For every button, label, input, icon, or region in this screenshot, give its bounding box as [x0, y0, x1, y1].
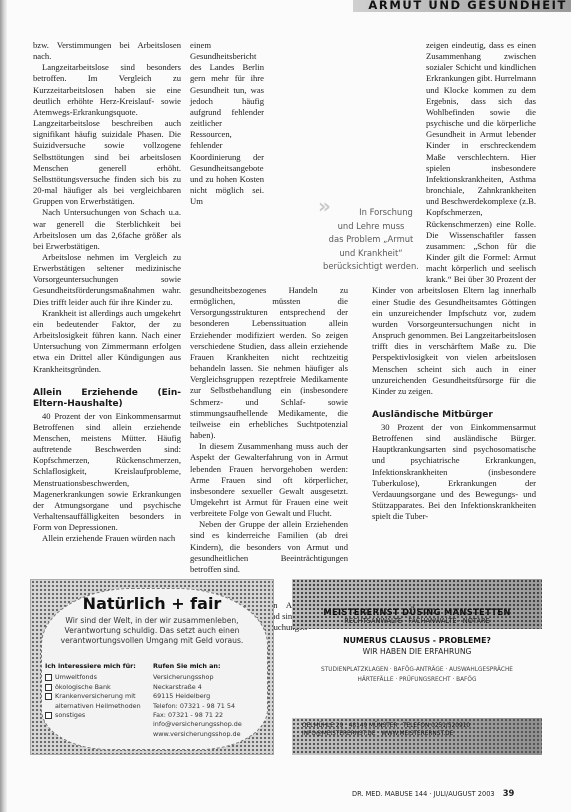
section-title: ARMUT UND GESUNDHEIT [368, 0, 567, 12]
paragraph: zeigen eindeutig, dass es einen Zusammen… [372, 40, 536, 397]
contact-website[interactable]: www.versicherungsshop.de [153, 730, 265, 739]
pull-quote-space [372, 174, 426, 282]
interest-checklist: Ich interessiere mich für: Umweltfonds ö… [45, 662, 145, 720]
paragraph: Langzeitarbeitslose sind besonders betro… [33, 62, 181, 207]
ad-numerus-clausus: NUMERUS CLAUSUS - PROBLEME? WIR HABEN DI… [292, 630, 542, 712]
option-label: ökologische Bank [55, 683, 111, 692]
ad-law-firm-banner: MEISTERERNST DÜSING MANSTETTEN RECHTSANW… [292, 579, 542, 629]
article-column-1: bzw. Verstimmungen bei Arbeitslosen nach… [33, 40, 181, 545]
paragraph: Allein erziehende Frauen würden nach [33, 533, 181, 544]
checkbox-icon[interactable] [45, 693, 52, 700]
checkbox-oekologische-bank[interactable]: ökologische Bank [45, 683, 145, 692]
checkbox-umweltfonds[interactable]: Umweltfonds [45, 673, 145, 682]
interest-label: Ich interessiere mich für: [45, 662, 145, 671]
subheading-auslaendische-mitbuerger: Ausländische Mitbürger [372, 410, 536, 421]
page-number: 39 [503, 788, 515, 798]
ad-title: Natürlich + fair [31, 594, 273, 613]
law-firm-subtitle: RECHTSANWÄLTE · FACHANWÄLTE · NOTARE [292, 617, 542, 625]
page-spine-edge [0, 0, 7, 812]
section-header-band: ARMUT UND GESUNDHEIT [353, 0, 571, 12]
option-label: sonstiges [55, 711, 85, 720]
ad-text: Wir sind der Welt, in der wir zusammenle… [43, 616, 261, 646]
contact-line: Versicherungsshop [153, 673, 265, 682]
paragraph: Krankheit ist allerdings auch umgekehrt … [33, 308, 181, 375]
law-firm-web: INFO@MEISTERERNST.DE · WWW.MEISTERERNST.… [302, 731, 532, 739]
contact-line: 69115 Heidelberg [153, 692, 265, 701]
checkbox-icon[interactable] [45, 684, 52, 691]
article-column-3: zeigen eindeutig, dass es einen Zusammen… [372, 40, 536, 522]
publication-info: DR. MED. MABUSE 144 · JULI/AUGUST 2003 [352, 790, 495, 798]
ad-law-firm-contact: OELMÜHLE 29 · 48149 MÜNSTER · TELEFON 02… [292, 718, 542, 755]
checkbox-icon[interactable] [45, 712, 52, 719]
law-firm-name: MEISTERERNST DÜSING MANSTETTEN [292, 607, 542, 617]
contact-fax: Fax: 07321 - 98 71 22 [153, 711, 265, 720]
services-list: STUDIENPLATZKLAGEN · BAFÖG-ANTRÄGE · AUS… [292, 666, 542, 685]
ad-title: NUMERUS CLAUSUS - PROBLEME? [292, 636, 542, 645]
paragraph: Arbeitslose nehmen im Vergleich zu Erwer… [33, 252, 181, 308]
checkbox-icon[interactable] [45, 674, 52, 681]
article-column-2: einem Gesundheitsbericht des Landes Berl… [190, 40, 348, 634]
option-label: Umweltfonds [55, 673, 97, 682]
contact-email[interactable]: info@versicherungsshop.de [153, 720, 265, 729]
paragraph: bzw. Verstimmungen bei Arbeitslosen nach… [33, 40, 181, 62]
services-line: STUDIENPLATZKLAGEN · BAFÖG-ANTRÄGE · AUS… [292, 666, 542, 676]
contact-label: Rufen Sie mich an: [153, 662, 265, 671]
contact-line: Neckarstraße 4 [153, 683, 265, 692]
ad-subtitle: WIR HABEN DIE ERFAHRUNG [292, 647, 542, 656]
checkbox-sonstiges[interactable]: sonstiges [45, 711, 145, 720]
contact-phone: Telefon: 07321 - 98 71 54 [153, 702, 265, 711]
ad-natuerlich-fair: Natürlich + fair Wir sind der Welt, in d… [30, 579, 274, 755]
subheading-allein-erziehende: Allein Erziehende (Ein-Eltern-Haushalte) [33, 388, 181, 410]
contact-block: Rufen Sie mich an: Versicherungsshop Nec… [153, 662, 265, 739]
paragraph: 30 Prozent der von Einkommensarmut Betro… [372, 422, 536, 522]
services-line: HÄRTEFÄLLE · PRÜFUNGSRECHT · BAFÖG [292, 676, 542, 686]
checkbox-krankenversicherung[interactable]: Krankenversicherung mit alternativen Hei… [45, 692, 145, 711]
page-footer: DR. MED. MABUSE 144 · JULI/AUGUST 2003 3… [352, 788, 542, 798]
paragraph: 40 Prozent der von Einkommensarmut Betro… [33, 411, 181, 534]
paragraph: Neben der Gruppe der allein Erziehenden … [190, 519, 348, 575]
law-firm-address: OELMÜHLE 29 · 48149 MÜNSTER · TELEFON 02… [302, 723, 532, 731]
paragraph: Nach Untersuchungen von Schach u.a. war … [33, 207, 181, 252]
option-label: Krankenversicherung mit alternativen Hei… [55, 692, 145, 711]
quote-mark-icon: » [318, 200, 331, 214]
paragraph: In diesem Zusammenhang muss auch der Asp… [190, 441, 348, 519]
